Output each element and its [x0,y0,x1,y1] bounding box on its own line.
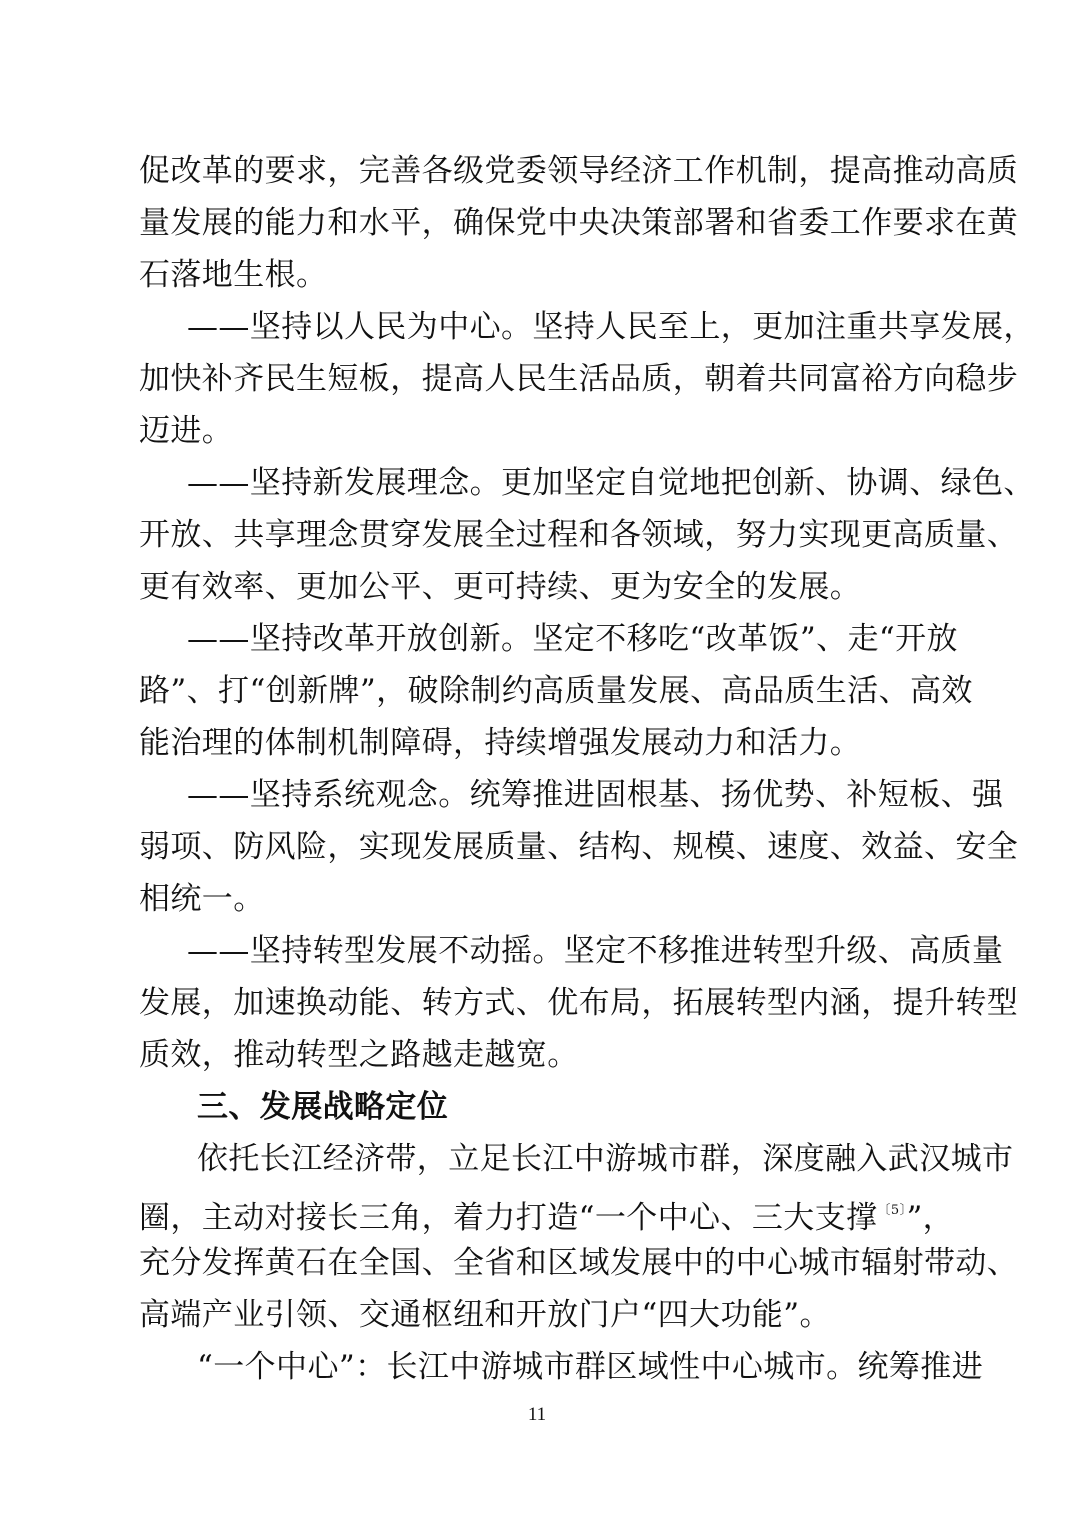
principle-people-centered: ——坚持以人民为中心。坚持人民至上，更加注重共享发展， [139,301,939,353]
paragraph-text: ”， [906,1200,954,1236]
paragraph-line: “一个中心”：长江中游城市群区域性中心城市。统筹推进 [139,1341,939,1393]
principle-new-development: ——坚持新发展理念。更加坚定自觉地把创新、协调、绿色、 [139,457,939,509]
paragraph-line: 能治理的体制机制障碍，持续增强发展动力和活力。 [139,717,939,769]
paragraph-text: 圈，主动对接长三角，着力打造“一个中心、三大支撑 [139,1200,877,1236]
paragraph-line: 石落地生根。 [139,249,939,301]
paragraph-line: 充分发挥黄石在全国、全省和区域发展中的中心城市辐射带动、 [139,1237,939,1289]
document-body: 促改革的要求，完善各级党委领导经济工作机制，提高推动高质 量发展的能力和水平，确… [139,145,939,1393]
paragraph-line: 相统一。 [139,873,939,925]
page-number: 11 [0,1404,1074,1426]
document-page: 促改革的要求，完善各级党委领导经济工作机制，提高推动高质 量发展的能力和水平，确… [0,0,1074,1520]
paragraph-line: 质效，推动转型之路越走越宽。 [139,1029,939,1081]
paragraph-line: 更有效率、更加公平、更可持续、更为安全的发展。 [139,561,939,613]
paragraph-line: 路”、打“创新牌”，破除制约高质量发展、高品质生活、高效 [139,665,939,717]
paragraph-line: 加快补齐民生短板，提高人民生活品质，朝着共同富裕方向稳步 [139,353,939,405]
paragraph-line: 量发展的能力和水平，确保党中央决策部署和省委工作要求在黄 [139,197,939,249]
paragraph-line: 迈进。 [139,405,939,457]
principle-systems-thinking: ——坚持系统观念。统筹推进固根基、扬优势、补短板、强 [139,769,939,821]
section-heading: 三、发展战略定位 [139,1081,939,1133]
paragraph-line: 高端产业引领、交通枢纽和开放门户“四大功能”。 [139,1289,939,1341]
paragraph-line: 促改革的要求，完善各级党委领导经济工作机制，提高推动高质 [139,145,939,197]
footnote-reference[interactable]: 〔5〕 [877,1203,906,1218]
paragraph-line-footnote: 圈，主动对接长三角，着力打造“一个中心、三大支撑〔5〕”， [139,1185,939,1237]
paragraph-line: 发展，加速换动能、转方式、优布局，拓展转型内涵，提升转型 [139,977,939,1029]
principle-transformation: ——坚持转型发展不动摇。坚定不移推进转型升级、高质量 [139,925,939,977]
paragraph-line: 弱项、防风险，实现发展质量、结构、规模、速度、效益、安全 [139,821,939,873]
principle-reform-innovation: ——坚持改革开放创新。坚定不移吃“改革饭”、走“开放 [139,613,939,665]
paragraph-line: 依托长江经济带，立足长江中游城市群，深度融入武汉城市 [139,1133,939,1185]
paragraph-line: 开放、共享理念贯穿发展全过程和各领域，努力实现更高质量、 [139,509,939,561]
